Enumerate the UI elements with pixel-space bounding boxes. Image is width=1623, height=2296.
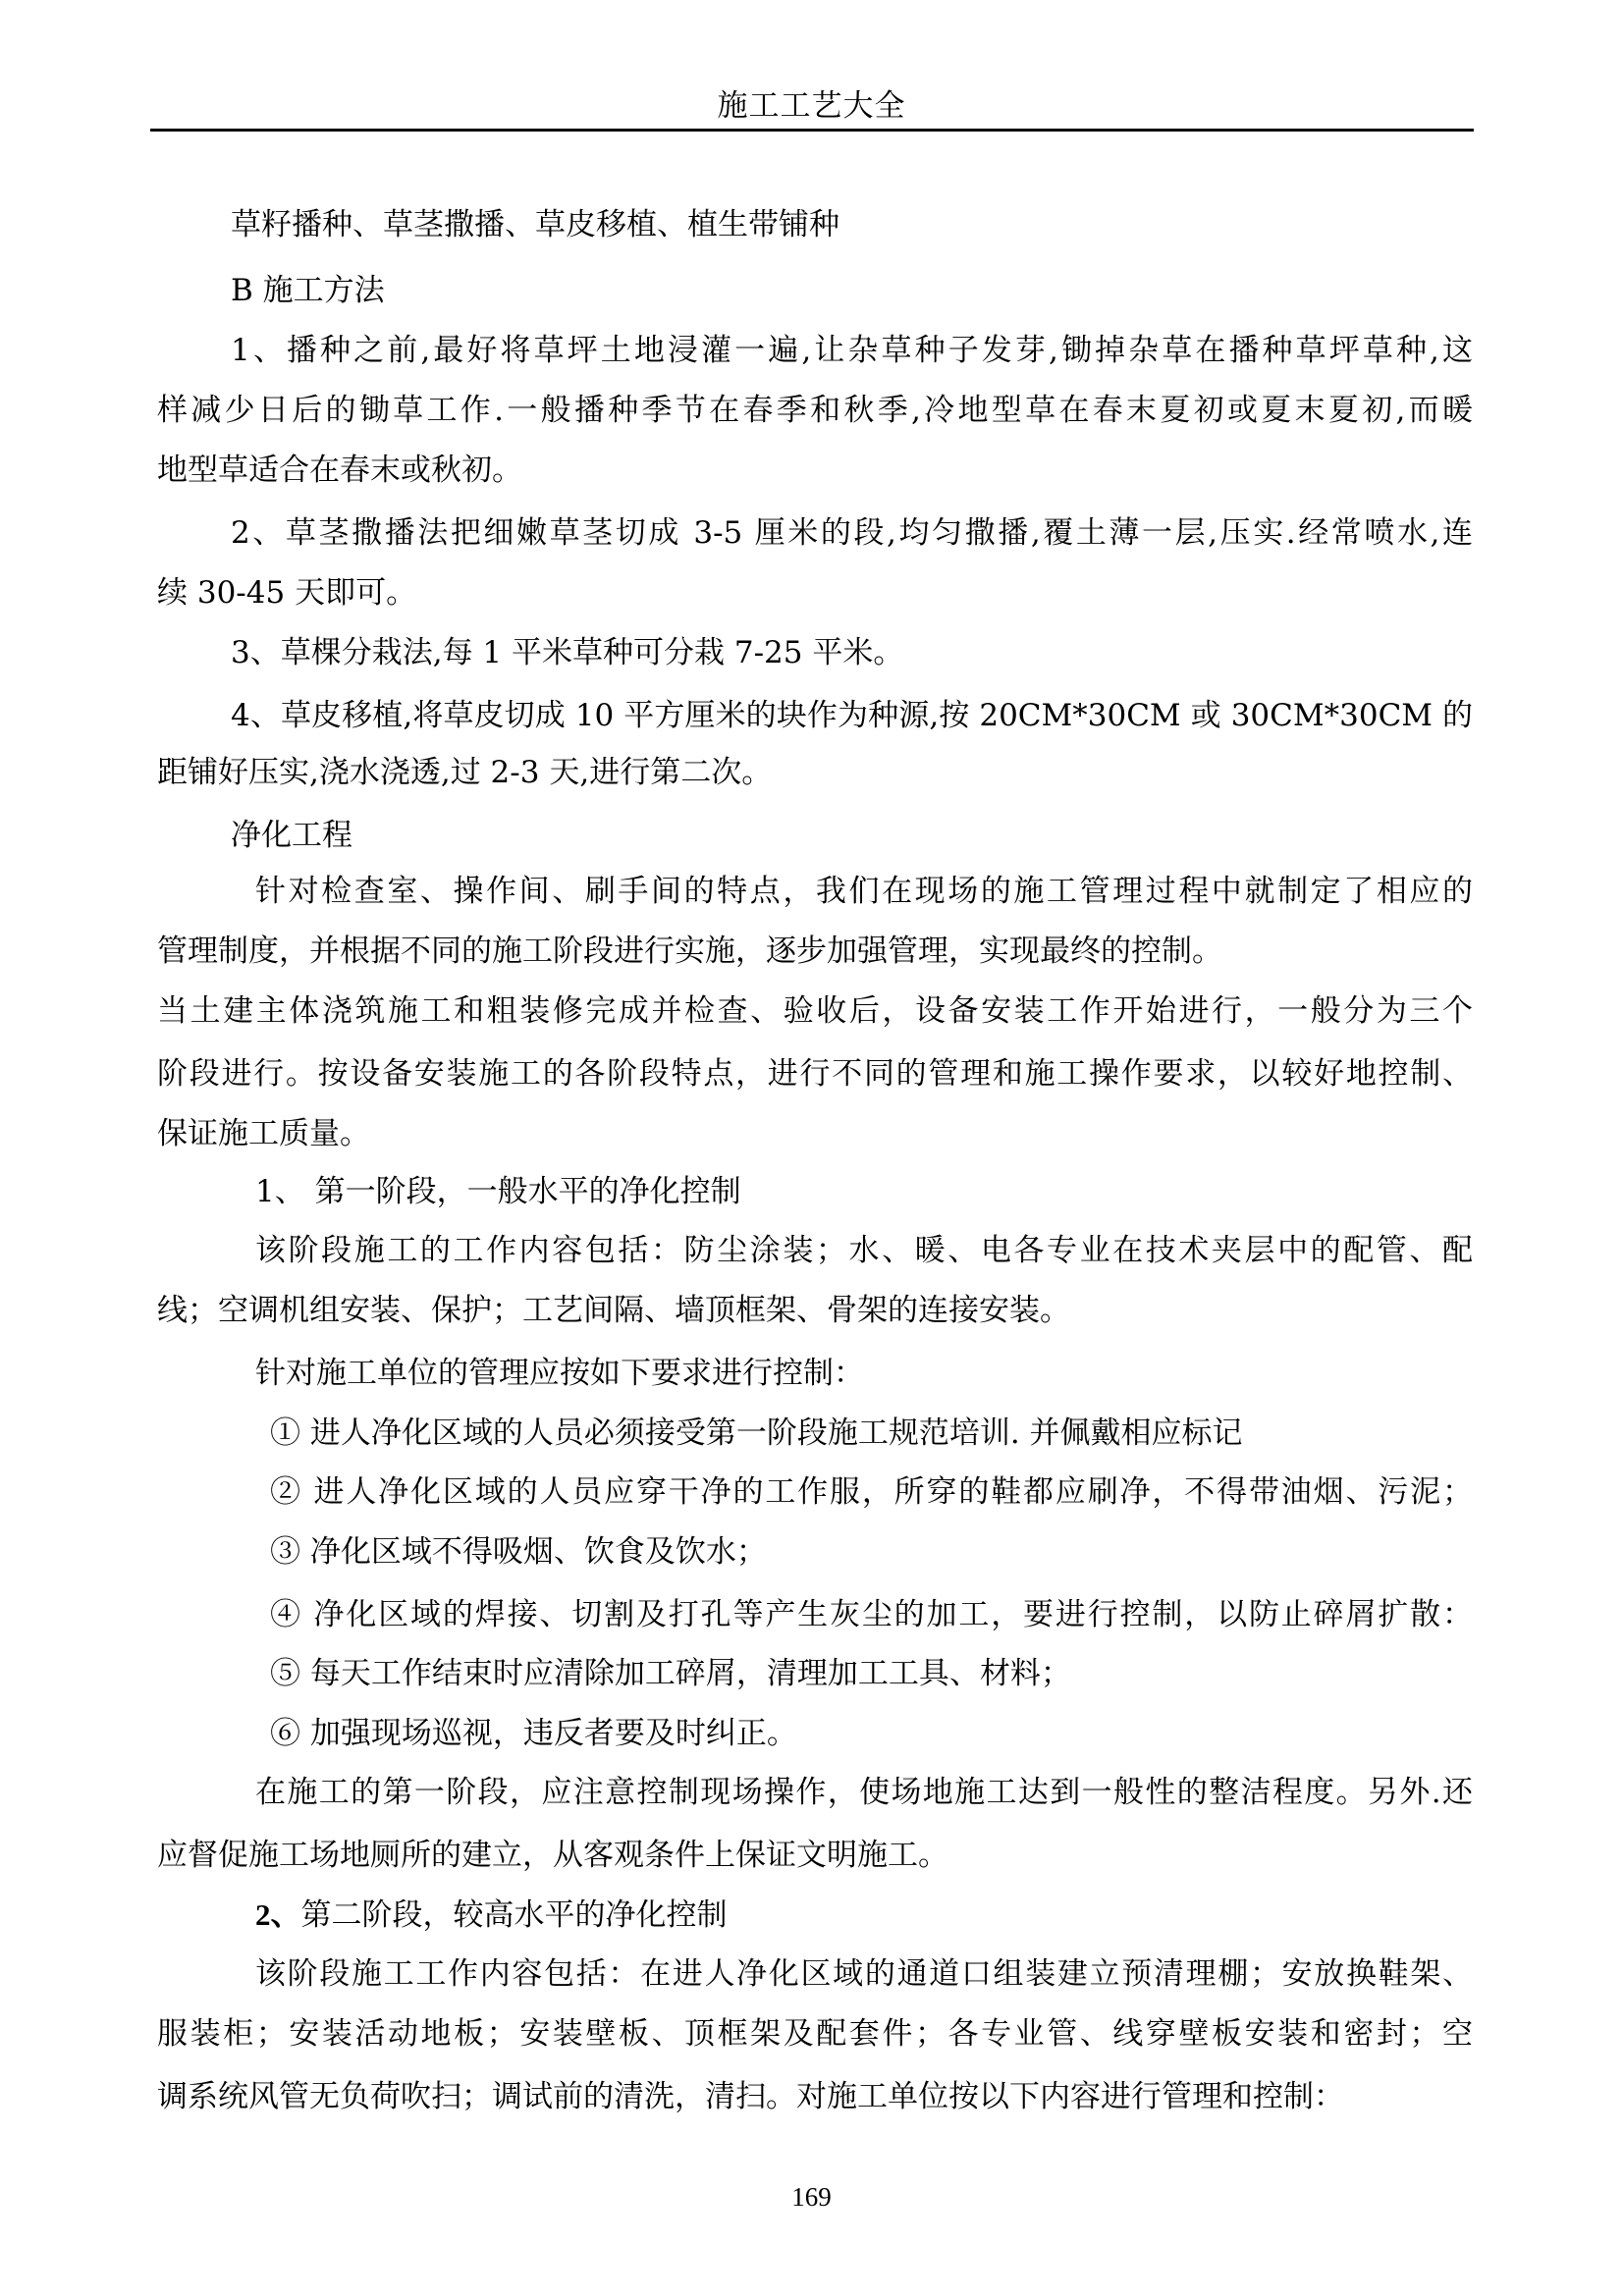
subheading-stage-two: 2、第二阶段，较高水平的净化控制 [255, 1894, 1473, 1937]
subheading-stage-one: 1、 第一阶段，一般水平的净化控制 [255, 1170, 1473, 1213]
paragraph-line: 在施工的第一阶段，应注意控制现场操作，使场地施工达到一般性的整洁程度。另外.还 [255, 1771, 1473, 1814]
paragraph-line: 1、播种之前,最好将草坪土地浸灌一遍,让杂草种子发芽,锄掉杂草在播种草坪草种,这 [231, 329, 1473, 372]
list-item-rule-5: ⑤ 每天工作结束时应清除加工碎屑，清理加工工具、材料； [270, 1652, 1473, 1695]
paragraph-line: 2、草茎撒播法把细嫩草茎切成 3-5 厘米的段,均匀撒播,覆土薄一层,压实.经常… [231, 511, 1473, 555]
paragraph-line: 续 30-45 天即可。 [157, 571, 1473, 614]
paragraph-line: 针对施工单位的管理应按如下要求进行控制： [255, 1352, 1473, 1395]
list-item-rule-4: ④ 净化区域的焊接、切割及打孔等产生灰尘的加工，要进行控制，以防止碎屑扩散： [270, 1593, 1473, 1636]
list-item-rule-6: ⑥ 加强现场巡视，违反者要及时纠正。 [270, 1712, 1473, 1755]
subheading-number: 2、 [255, 1897, 301, 1932]
document-body: 草籽播种、草茎撒播、草皮移植、植生带铺种 B 施工方法 1、播种之前,最好将草坪… [0, 0, 1623, 2296]
paragraph-line: 阶段进行。按设备安装施工的各阶段特点，进行不同的管理和施工操作要求，以较好地控制… [157, 1052, 1473, 1095]
paragraph-line: 当土建主体浇筑施工和粗装修完成并检查、验收后，设备安装工作开始进行，一般分为三个 [157, 989, 1473, 1033]
list-item-rule-1: ① 进人净化区域的人员必须接受第一阶段施工规范培训. 并佩戴相应标记 [270, 1412, 1473, 1455]
paragraph-line: 3、草棵分栽法,每 1 平米草种可分栽 7-25 平米。 [231, 631, 1473, 674]
paragraph-line: 该阶段施工的工作内容包括：防尘涂装；水、暖、电各专业在技术夹层中的配管、配 [255, 1229, 1473, 1272]
paragraph-line: 样减少日后的锄草工作.一般播种季节在春季和秋季,冷地型草在春末夏初或夏末夏初,而… [157, 389, 1473, 432]
paragraph-line: 调系统风管无负荷吹扫；调试前的清洗，清扫。对施工单位按以下内容进行管理和控制： [157, 2075, 1473, 2118]
paragraph-line: 线；空调机组安装、保护；工艺间隔、墙顶框架、骨架的连接安装。 [157, 1289, 1473, 1332]
paragraph-line: 4、草皮移植,将草皮切成 10 平方厘米的块作为种源,按 20CM*30CM 或… [231, 694, 1473, 737]
list-item-rule-2: ② 进人净化区域的人员应穿干净的工作服，所穿的鞋都应刷净，不得带油烟、污泥； [270, 1470, 1473, 1514]
paragraph-line: 应督促施工场地厕所的建立，从客观条件上保证文明施工。 [157, 1834, 1473, 1877]
paragraph-line: 针对检查室、操作间、刷手间的特点，我们在现场的施工管理过程中就制定了相应的 [255, 870, 1473, 913]
paragraph-line: 该阶段施工工作内容包括：在进人净化区域的通道口组装建立预清理棚；安放换鞋架、 [255, 1952, 1473, 1996]
paragraph-line: 管理制度，并根据不同的施工阶段进行实施，逐步加强管理，实现最终的控制。 [157, 930, 1473, 973]
section-heading-purification: 净化工程 [231, 814, 1473, 857]
paragraph-line: 保证施工质量。 [157, 1112, 1473, 1155]
paragraph-line: 服装柜；安装活动地板；安装壁板、顶框架及配套件；各专业管、线穿壁板安装和密封；空 [157, 2012, 1473, 2056]
paragraph-line: 地型草适合在春末或秋初。 [157, 449, 1473, 492]
page-number: 169 [0, 2181, 1623, 2213]
section-heading-construction-method: B 施工方法 [231, 269, 1473, 312]
section-heading-grass-methods: 草籽播种、草茎撒播、草皮移植、植生带铺种 [231, 203, 1473, 246]
list-item-rule-3: ③ 净化区域不得吸烟、饮食及饮水； [270, 1530, 1473, 1574]
paragraph-line: 距铺好压实,浇水浇透,过 2-3 天,进行第二次。 [157, 751, 1473, 794]
subheading-text: 第二阶段，较高水平的净化控制 [301, 1897, 728, 1933]
